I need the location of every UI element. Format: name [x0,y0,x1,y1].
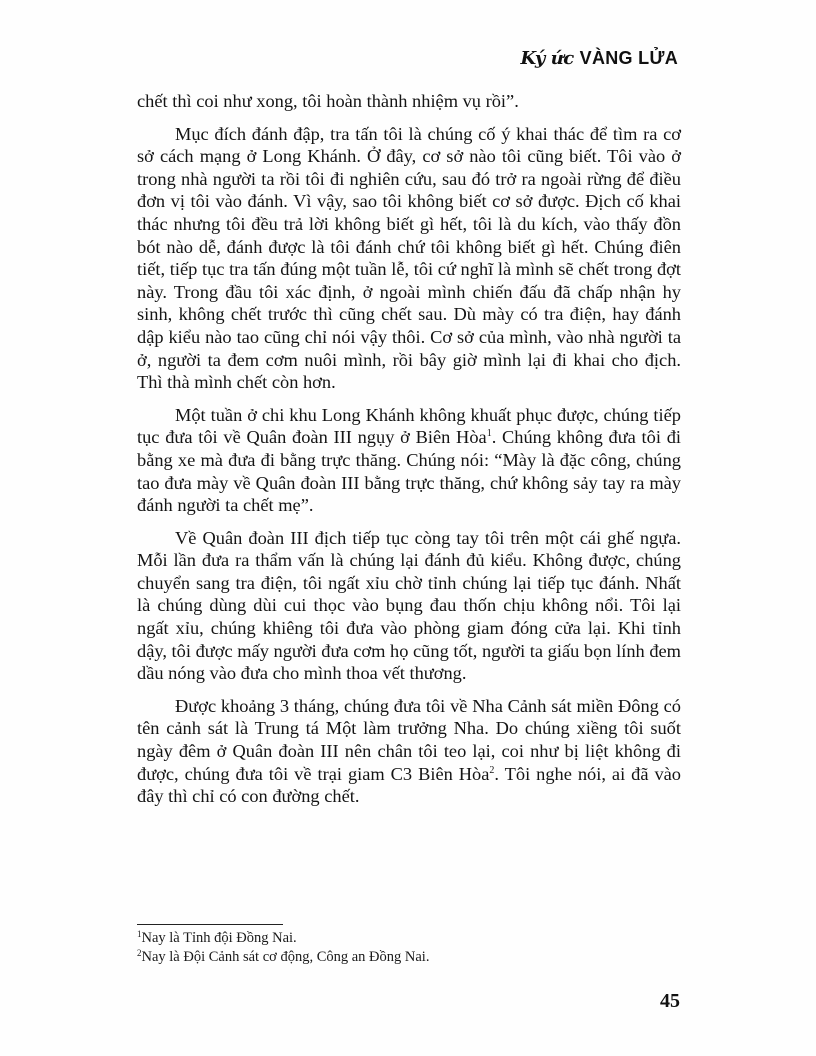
footnotes: 1Nay là Tỉnh đội Đồng Nai. 2Nay là Đội C… [137,929,681,967]
page-number: 45 [660,990,680,1013]
paragraph-with-footnote-1: Một tuần ở chi khu Long Khánh không khuấ… [137,404,681,517]
footnote-2: 2Nay là Đội Cảnh sát cơ động, Công an Đồ… [137,948,681,967]
header-title-script: Ký ức [521,48,574,69]
book-page: Ký ứcVÀNG LỬA chết thì coi như xong, tôi… [0,0,816,1056]
header-title-caps: VÀNG LỬA [580,48,678,68]
running-header: Ký ứcVÀNG LỬA [521,48,678,69]
footnote-text: Nay là Đội Cảnh sát cơ động, Công an Đồn… [142,949,430,965]
footnote-1: 1Nay là Tỉnh đội Đồng Nai. [137,929,681,948]
paragraph-with-footnote-2: Được khoảng 3 tháng, chúng đưa tôi về Nh… [137,695,681,808]
footnote-text: Nay là Tỉnh đội Đồng Nai. [142,930,297,946]
paragraph-continuation: chết thì coi như xong, tôi hoàn thành nh… [137,90,681,113]
footnote-divider [137,924,283,925]
body-text: chết thì coi như xong, tôi hoàn thành nh… [137,90,681,818]
paragraph: Về Quân đoàn III địch tiếp tục còng tay … [137,527,681,685]
paragraph: Mục đích đánh đập, tra tấn tôi là chúng … [137,123,681,394]
